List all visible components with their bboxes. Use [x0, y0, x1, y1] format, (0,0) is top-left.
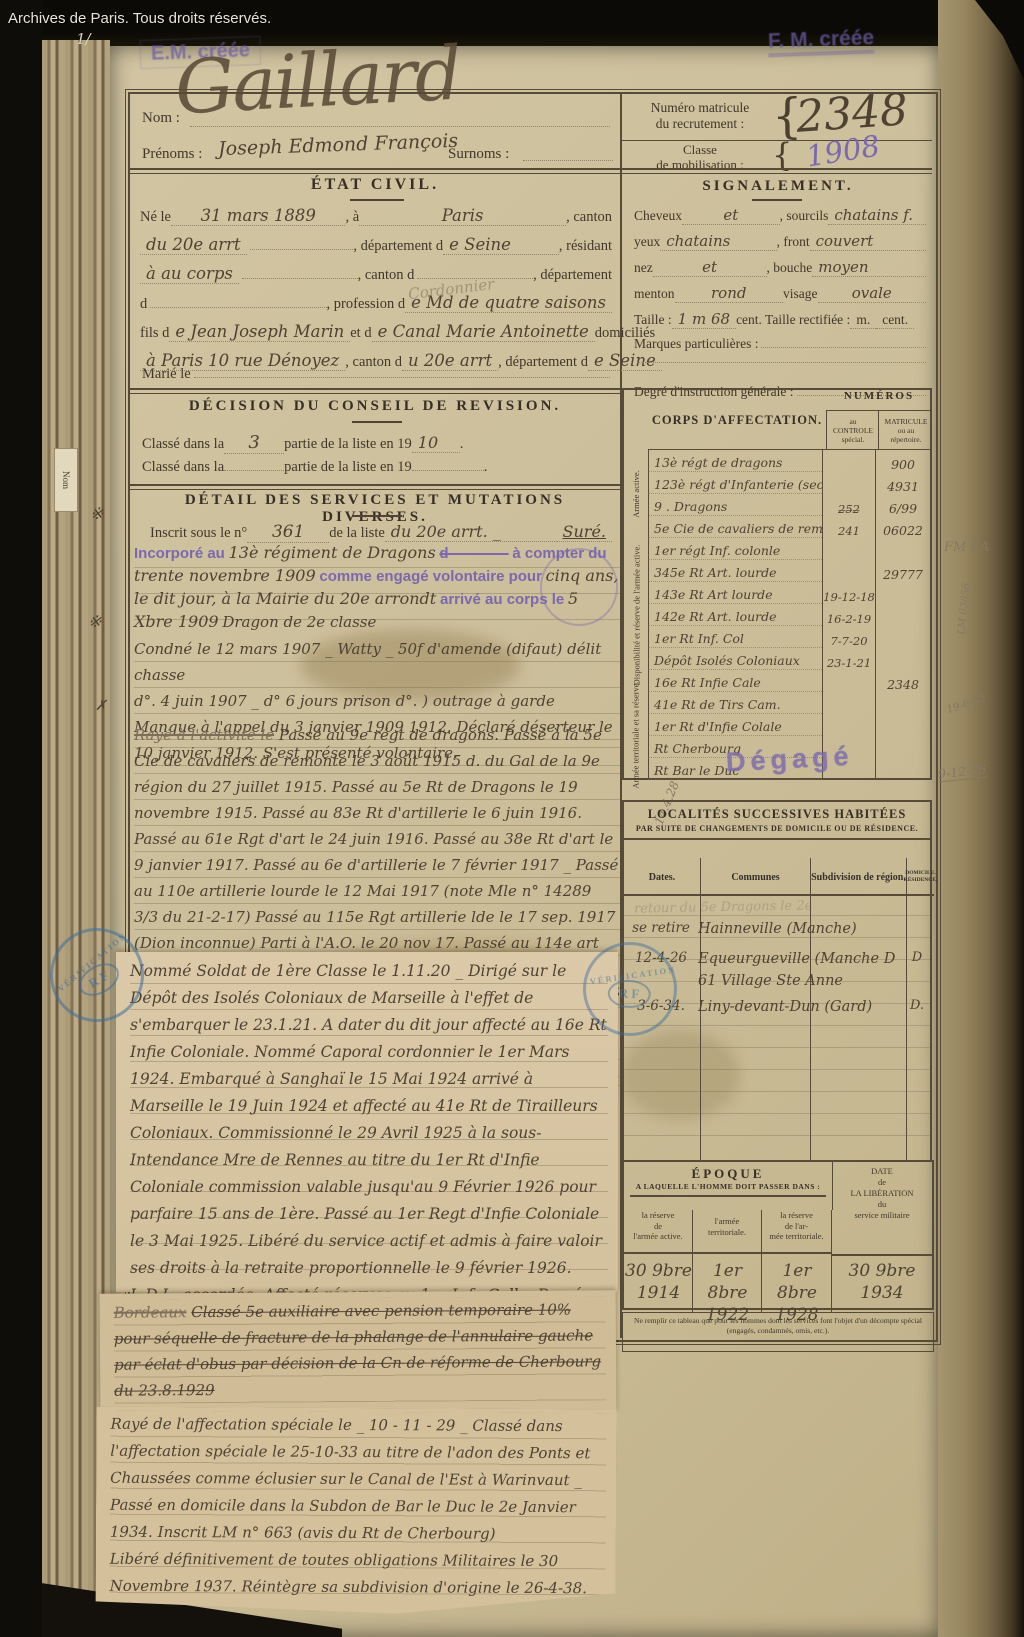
- corps-row: 1er Rt d'Infie Colale: [648, 714, 930, 736]
- margin-mark-3: ✗: [95, 698, 107, 714]
- etat-civil-underline: [350, 199, 404, 201]
- corps-row: 13è régt de dragons 900: [648, 450, 930, 472]
- bouche-label: , bouche: [767, 260, 813, 276]
- etat-civil-line-2: du 20e arrt , département d e Seine , ré…: [140, 235, 612, 264]
- prenoms-label: Prénoms :: [142, 146, 202, 163]
- localites-title: LOCALITÉS SUCCESSIVES HABITÉES: [624, 807, 930, 822]
- scan-background-left: [0, 0, 42, 1637]
- side-label-text: Disponibilité et réserve de l'armée acti…: [631, 545, 641, 686]
- father-name-value: e Jean Joseph Marin: [169, 322, 350, 342]
- dot: .: [484, 459, 488, 476]
- stamp-seg: comme engagé volontaire pour: [319, 568, 542, 585]
- localite-dr: D: [904, 944, 930, 965]
- nom-index-tab: Nom: [54, 448, 78, 512]
- date-header-rule: [832, 1254, 932, 1256]
- corps-name: 143e Rt Art lourde: [648, 587, 822, 604]
- departement-2-label: , département: [533, 267, 612, 284]
- taille-label: Taille :: [634, 312, 672, 328]
- corps-name: 142e Rt Art. lourde: [648, 609, 822, 626]
- signalement-row-3: nez et , bouche moyen: [634, 258, 926, 284]
- affectation-speciale-note: dans l'affectation spéciale le 25-10-33 …: [110, 1417, 591, 1543]
- corps-affectation-table: CORPS D'AFFECTATION. NUMÉROS au CONTROLE…: [622, 388, 932, 780]
- residant-label: , résidant: [559, 238, 612, 255]
- corps-row: 143e Rt Art lourde 19-12-18: [648, 582, 930, 604]
- disponibilite-side-label: Disponibilité et réserve de l'armée acti…: [624, 538, 649, 692]
- armee-active-side-label: Armée active.: [624, 450, 649, 538]
- localite-date: se retire: [624, 914, 698, 936]
- taille-m-label: m.: [850, 312, 876, 329]
- front-value: couvert: [810, 232, 926, 251]
- fils-de-label: fils d: [140, 325, 169, 342]
- stamp-crossed: d————: [439, 545, 508, 562]
- reserve-active-value: 30 9bre 1914: [624, 1260, 693, 1304]
- residence-value: à au corps: [140, 264, 239, 284]
- liberation-date-header: DATE de LA LIBÉRATION du service militai…: [832, 1162, 932, 1258]
- stamp-handwritten: 13è régiment de Dragons: [229, 543, 436, 562]
- localite-dr: D.: [904, 992, 930, 1013]
- overlay-sheet-2: Bordeaux Classé 5e auxiliaire avec pensi…: [100, 1290, 617, 1416]
- partie-liste-label: partie de la liste en 19: [284, 436, 412, 453]
- localite-commune: Hainneville (Manche): [698, 914, 904, 940]
- decision-title: DÉCISION DU CONSEIL DE REVISION.: [130, 398, 620, 415]
- corps-row: 16e Rt Infie Cale 2348: [648, 670, 930, 692]
- overlay-sheet-3: Rayé de l'affectation spéciale le _ 10 -…: [95, 1407, 616, 1624]
- localite-commune: Equeurgueville (Manche D 61 Village Ste …: [698, 944, 904, 992]
- fm-creee-stamp: F. M. créée: [768, 26, 875, 57]
- signalement-row-4: menton rond visage ovale: [634, 284, 926, 310]
- epoque-note: Ne remplir ce tableau que pour les homme…: [622, 1312, 934, 1352]
- epoque-col-line: [692, 1254, 693, 1312]
- signalement-row-2: yeux chatains , front couvert: [634, 232, 926, 258]
- yeux-value: chatains: [660, 232, 776, 251]
- pension-note: Classé 5e auxiliaire avec pension tempor…: [114, 1301, 601, 1400]
- sourcils-value: chatains f.: [828, 206, 926, 225]
- raye-note: Rayé de l'affectation spéciale le _ 10 -…: [110, 1415, 522, 1435]
- dots: [250, 249, 354, 250]
- signalement-title: SIGNALEMENT.: [630, 178, 926, 195]
- birth-date-value: 31 mars 1889: [171, 206, 345, 226]
- inscrit-number: 361: [247, 522, 329, 543]
- signalement-row-dots: [634, 362, 926, 384]
- communes-column-header: Communes: [701, 860, 810, 896]
- inscrit-label: Inscrit sous le n°: [150, 525, 247, 542]
- matricule-value: [875, 736, 930, 758]
- corps-row: 9 . Dragons 2̶5̶2̶ 6/99: [648, 494, 930, 516]
- crossed-entry: Rayé à l'activité le: [134, 726, 274, 744]
- corps-name: 1er Rt d'Infie Colale: [648, 719, 822, 736]
- services-title: DÉTAIL DES SERVICES ET MUTATIONS DIVERSE…: [130, 492, 620, 526]
- taille-value: 1 m 68: [672, 310, 736, 329]
- dots: [242, 278, 358, 279]
- corps-name: 345e Rt Art. lourde: [648, 565, 822, 582]
- dots: [194, 377, 610, 378]
- book-spine-edge: [938, 0, 1024, 1637]
- margin-note-fmea: FM EA: [944, 540, 989, 555]
- decision-underline: [352, 421, 402, 423]
- nom-label: Nom :: [142, 110, 180, 127]
- et-de-label: et d: [350, 325, 371, 342]
- controle-column-header: au CONTROLE spécial.: [826, 410, 879, 450]
- blank: [412, 470, 484, 471]
- departement-value: e Seine: [443, 235, 559, 255]
- corps-row: Dépôt Isolés Coloniaux 23-1-21: [648, 648, 930, 670]
- header-rule: [130, 168, 932, 174]
- dates-column-header: Dates.: [624, 860, 700, 896]
- corps-rows: 13è régt de dragons 900 123è régt d'Infa…: [648, 450, 930, 778]
- taille-rectifiee-label: cent. Taille rectifiée :: [736, 312, 850, 328]
- matricule-value: 6/99: [875, 494, 930, 516]
- inscrit-line: Inscrit sous le n° 361 de la liste du 20…: [150, 522, 612, 543]
- etat-civil-line-3: à au corps , canton d , département: [140, 264, 612, 293]
- corps-name: 41e Rt de Tirs Cam.: [648, 697, 822, 714]
- liste-label: de la liste: [329, 525, 385, 542]
- corps-table-title: CORPS D'AFFECTATION.: [648, 390, 826, 450]
- matricule-value: [875, 626, 930, 648]
- corps-row: 41e Rt de Tirs Cam.: [648, 692, 930, 714]
- front-label: , front: [777, 234, 810, 250]
- corps-name: 13è régt de dragons: [648, 455, 822, 472]
- signalement-block: Cheveux et , sourcils chatains f. yeux c…: [634, 206, 926, 410]
- decision-line-1: Classé dans la 3 partie de la liste en 1…: [142, 432, 542, 454]
- controle-value: 241: [822, 516, 875, 538]
- corps-name: 123è régt d'Infanterie (section spéciale…: [648, 477, 822, 494]
- corps-row: 123è régt d'Infanterie (section spéciale…: [648, 472, 930, 494]
- liberation-note: Libéré définitivement de toutes obligati…: [110, 1550, 600, 1598]
- etat-civil-line-4: d , profession d e Md de quatre saisons: [140, 293, 612, 322]
- reserve-territoriale-header: la réserve de l'ar- mée territoriale.: [762, 1210, 832, 1254]
- ne-le-label: Né le: [140, 209, 171, 226]
- matricule-value: [875, 604, 930, 626]
- corps-row: 1er régt Inf. colonle: [648, 538, 930, 560]
- matricule-value: [875, 692, 930, 714]
- controle-value: [822, 714, 875, 736]
- epoque-table: ÉPOQUE A LAQUELLE L'HOMME DOIT PASSER DA…: [622, 1160, 934, 1310]
- sure-signature: Suré.: [557, 522, 612, 542]
- services-p1: Condné le 12 mars 1907 _ Watty _ 50f d'a…: [134, 640, 601, 684]
- decision-rule-top: [130, 388, 620, 394]
- nez-label: nez: [634, 260, 653, 276]
- page-number-mark: 1/: [76, 30, 91, 48]
- signalement-row-1: Cheveux et , sourcils chatains f.: [634, 206, 926, 232]
- marie-le-label: Marié le: [142, 366, 191, 383]
- bottom-note-1: Bordeaux Classé 5e auxiliaire avec pensi…: [114, 1296, 607, 1403]
- matricule-value: 2348: [875, 670, 930, 692]
- surnoms-label: Surnoms :: [448, 146, 509, 163]
- stamp-handwritten: Dragon de 2e classe: [222, 613, 376, 631]
- epoque-title-block: ÉPOQUE A LAQUELLE L'HOMME DOIT PASSER DA…: [624, 1162, 833, 1210]
- matricule-value: 900: [875, 450, 930, 472]
- armee-territoriale-header: l'armée territoriale.: [693, 1210, 762, 1254]
- d-label: d: [140, 296, 147, 313]
- corps-row: 142e Rt Art. lourde 16-2-19: [648, 604, 930, 626]
- services-p2: d°. 4 juin 1907 _ d° 6 jours prison d°. …: [134, 692, 555, 710]
- corps-name: 16e Rt Infie Cale: [648, 675, 822, 692]
- matricule-value: [875, 538, 930, 560]
- birth-place-value: Paris: [359, 206, 566, 226]
- localite-dr: [904, 914, 930, 920]
- numeros-header: NUMÉROS: [826, 390, 932, 411]
- corps-name: 1er Rt Inf. Col: [648, 631, 822, 648]
- decision-line-2: Classé dans la partie de la liste en 19 …: [142, 459, 542, 476]
- matricule-value: [875, 758, 930, 780]
- etat-civil-title: ÉTAT CIVIL.: [130, 176, 620, 194]
- canton-label: , canton: [566, 209, 612, 226]
- controle-value: 23-1-21: [822, 648, 875, 670]
- nez-value: et: [653, 258, 767, 277]
- marques-label: Marques particulières :: [634, 336, 758, 352]
- etat-civil-line-1: Né le 31 mars 1889 , à Paris , canton: [140, 206, 612, 235]
- controle-value: 16-2-19: [822, 604, 875, 626]
- controle-value: [822, 560, 875, 582]
- surnoms-dotted-line: [523, 148, 613, 161]
- signalement-row-marques: Marques particulières :: [634, 336, 926, 362]
- corps-row: 345e Rt Art. lourde 29777: [648, 560, 930, 582]
- matricule-value: [875, 648, 930, 670]
- marie-le-line: Marié le: [142, 366, 610, 383]
- controle-value: [822, 538, 875, 560]
- classe-dans-la-label: Classé dans la: [142, 436, 224, 453]
- yeux-label: yeux: [634, 234, 660, 250]
- dot: .: [460, 436, 464, 453]
- dots: [761, 347, 926, 348]
- localite-commune: Liny-devant-Dun (Gard): [698, 992, 904, 1018]
- bouche-value: moyen: [812, 258, 926, 277]
- signalement-underline: [752, 199, 802, 201]
- matricule-value: 06022: [875, 516, 930, 538]
- corps-row: 5e Cie de cavaliers de remonte 241 06022: [648, 516, 930, 538]
- controle-value: 7-7-20: [822, 626, 875, 648]
- etat-civil-block: Né le 31 mars 1889 , à Paris , canton du…: [140, 206, 612, 380]
- controle-value: [822, 670, 875, 692]
- visage-label: visage: [783, 286, 818, 302]
- classe-dans-la-label-2: Classé dans la: [142, 459, 224, 476]
- liberation-date-value: 30 9bre 1934: [832, 1260, 932, 1304]
- a-label: , à: [345, 209, 359, 226]
- epoque-col-line: [831, 1254, 832, 1312]
- localites-subtitle: PAR SUITE DE CHANGEMENTS DE DOMICILE OU …: [624, 824, 930, 833]
- liste-partie-value: 3: [224, 432, 284, 454]
- stamp-handwritten: trente novembre 1909: [134, 566, 316, 585]
- controle-value: [822, 450, 875, 472]
- side-label-text: Armée active.: [631, 470, 641, 518]
- crossed-bordeaux: Bordeaux: [114, 1303, 187, 1322]
- menton-label: menton: [634, 286, 675, 302]
- matricule-value: [875, 582, 930, 604]
- services-underline: [352, 515, 402, 517]
- epoque-title: ÉPOQUE: [624, 1162, 832, 1182]
- taille-cent-label: cent.: [876, 312, 914, 329]
- matricule-label: Numéro matricule du recrutement :: [630, 100, 770, 132]
- menton-value: rond: [675, 284, 784, 303]
- visage-value: ovale: [818, 284, 927, 303]
- subdivision-column-header-text: Subdivision de région.: [811, 860, 906, 894]
- localites-title-block: LOCALITÉS SUCCESSIVES HABITÉES PAR SUITE…: [624, 802, 930, 840]
- services-rule-top: [130, 484, 620, 490]
- dots: [637, 362, 926, 363]
- blank: [224, 470, 284, 471]
- canton-d-label: , canton d: [358, 267, 415, 284]
- corps-name: 1er régt Inf. colonle: [648, 543, 822, 560]
- territoriale-side-label: Armée territoriale et sa réserve.: [624, 692, 649, 778]
- controle-value: 2̶5̶2̶: [822, 494, 875, 516]
- localites-row: se retire Hainneville (Manche): [624, 914, 930, 944]
- liste-value: du 20e arrt. _: [385, 522, 557, 542]
- domicile-residence-header: DOMICILE. RÉSIDENCE.: [907, 860, 934, 896]
- scanned-military-record: Archives de Paris. Tous droits réservés.…: [0, 0, 1024, 1637]
- epoque-col-line: [761, 1254, 762, 1312]
- corps-name: Dépôt Isolés Coloniaux: [648, 653, 822, 670]
- cheveux-label: Cheveux: [634, 208, 682, 224]
- corps-name: 5e Cie de cavaliers de remonte: [648, 521, 822, 538]
- signalement-row-taille: Taille : 1 m 68 cent. Taille rectifiée :…: [634, 310, 926, 336]
- corps-name: 9 . Dragons: [648, 499, 822, 516]
- liste-annee-value: 10: [412, 433, 460, 453]
- bottom-note-2: Rayé de l'affectation spéciale le _ 10 -…: [110, 1411, 607, 1603]
- etat-civil-line-5: fils d e Jean Joseph Marin et d e Canal …: [140, 322, 612, 351]
- matricule-column-header: MATRICULE ou au répertoire.: [878, 410, 933, 450]
- reserve-active-header: la réserve de l'armée active.: [624, 1210, 693, 1254]
- archive-watermark: Archives de Paris. Tous droits réservés.: [8, 10, 271, 27]
- margin-mark-2: ※: [88, 612, 101, 631]
- departement-label: , département d: [353, 238, 443, 255]
- matricule-value: [875, 714, 930, 736]
- profession-label: , profession d: [327, 296, 406, 313]
- partie-liste-label-2: partie de la liste en 19: [284, 459, 412, 476]
- side-label-text: Armée territoriale et sa réserve.: [631, 681, 641, 788]
- sourcils-label: , sourcils: [780, 208, 829, 224]
- mother-name-value: e Canal Marie Antoinette: [372, 322, 595, 342]
- nom-tab-label: Nom: [61, 471, 71, 489]
- canton-value: du 20e arrt: [140, 235, 247, 255]
- controle-value: [822, 692, 875, 714]
- nom-dotted-line: [190, 112, 610, 127]
- matricule-value: 29777: [875, 560, 930, 582]
- services-pb: Nommé Soldat de 1ère Classe le 1.11.20 _…: [130, 962, 607, 1331]
- dots: [150, 307, 326, 308]
- corps-row: 1er Rt Inf. Col 7-7-20: [648, 626, 930, 648]
- controle-value: [822, 472, 875, 494]
- overlay-sheet-1: Nommé Soldat de 1ère Classe le 1.11.20 _…: [116, 952, 618, 1292]
- stamp-seg: Incorporé au: [134, 545, 225, 562]
- epoque-subtitle: A LAQUELLE L'HOMME DOIT PASSER DANS :: [624, 1182, 832, 1191]
- rf-monogram: R F: [607, 979, 651, 1008]
- controle-value: 19-12-18: [822, 582, 875, 604]
- margin-mark-1: ※: [90, 504, 103, 523]
- cheveux-value: et: [682, 206, 780, 225]
- matricule-value: 4931: [875, 472, 930, 494]
